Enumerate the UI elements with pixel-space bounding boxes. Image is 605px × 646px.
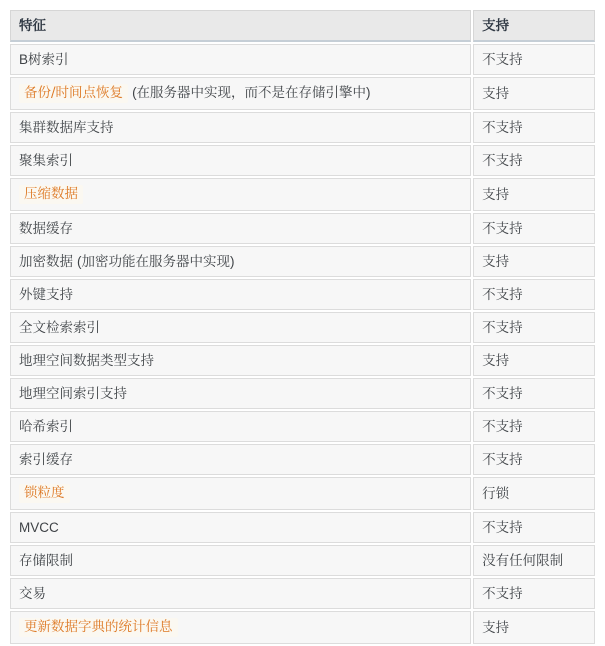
support-cell: 不支持	[473, 145, 595, 176]
feature-link[interactable]: 更新数据字典的统计信息	[19, 618, 178, 637]
docs-page: 特征 支持 B树索引 不支持 备份/时间点恢复(在服务器中实现，而不是在存储引擎…	[0, 0, 605, 646]
feature-cell: B树索引	[10, 44, 471, 75]
support-cell: 行锁	[473, 477, 595, 510]
table-row: 集群数据库支持 不支持	[10, 112, 595, 143]
table-row: 数据缓存 不支持	[10, 213, 595, 244]
feature-cell: 更新数据字典的统计信息	[10, 611, 471, 644]
feature-label: 索引缓存	[19, 451, 73, 468]
feature-label: 数据缓存	[19, 220, 73, 237]
support-cell: 没有任何限制	[473, 545, 595, 576]
feature-cell: 地理空间数据类型支持	[10, 345, 471, 376]
support-cell: 不支持	[473, 112, 595, 143]
feature-link[interactable]: 压缩数据	[19, 185, 83, 204]
feature-label: 地理空间索引支持	[19, 385, 127, 402]
support-cell: 支持	[473, 611, 595, 644]
feature-label: 加密数据	[19, 253, 73, 270]
table-row: 哈希索引 不支持	[10, 411, 595, 442]
table-row: 地理空间索引支持 不支持	[10, 378, 595, 409]
table-row: 交易 不支持	[10, 578, 595, 609]
feature-cell: 锁粒度	[10, 477, 471, 510]
table-row: 锁粒度 行锁	[10, 477, 595, 510]
support-cell: 支持	[473, 77, 595, 110]
feature-cell: 备份/时间点恢复(在服务器中实现，而不是在存储引擎中)	[10, 77, 471, 110]
table-row: 加密数据(加密功能在服务器中实现) 支持	[10, 246, 595, 277]
table-row: B树索引 不支持	[10, 44, 595, 75]
table-row: 索引缓存 不支持	[10, 444, 595, 475]
feature-note: (在服务器中实现，而不是在存储引擎中)	[132, 85, 371, 100]
table-row: 压缩数据 支持	[10, 178, 595, 211]
table-row: 聚集索引 不支持	[10, 145, 595, 176]
support-cell: 不支持	[473, 312, 595, 343]
storage-engine-feature-table: 特征 支持 B树索引 不支持 备份/时间点恢复(在服务器中实现，而不是在存储引擎…	[8, 8, 597, 646]
feature-cell: 地理空间索引支持	[10, 378, 471, 409]
feature-cell: 加密数据(加密功能在服务器中实现)	[10, 246, 471, 277]
support-cell: 不支持	[473, 213, 595, 244]
feature-cell: 数据缓存	[10, 213, 471, 244]
feature-label: MVCC	[19, 519, 59, 536]
table-row: 外键支持 不支持	[10, 279, 595, 310]
feature-cell: 哈希索引	[10, 411, 471, 442]
support-cell: 不支持	[473, 279, 595, 310]
support-cell: 不支持	[473, 411, 595, 442]
column-header-feature: 特征	[10, 10, 471, 42]
feature-cell: 集群数据库支持	[10, 112, 471, 143]
feature-label: 外键支持	[19, 286, 73, 303]
feature-cell: 交易	[10, 578, 471, 609]
feature-label: 哈希索引	[19, 418, 73, 435]
support-cell: 支持	[473, 178, 595, 211]
support-cell: 不支持	[473, 444, 595, 475]
feature-cell: 聚集索引	[10, 145, 471, 176]
table-row: 存储限制 没有任何限制	[10, 545, 595, 576]
feature-link[interactable]: 锁粒度	[19, 484, 70, 503]
feature-cell: 存储限制	[10, 545, 471, 576]
support-cell: 不支持	[473, 512, 595, 543]
table-row: 全文检索索引 不支持	[10, 312, 595, 343]
support-cell: 支持	[473, 246, 595, 277]
feature-label: 聚集索引	[19, 152, 73, 169]
table-row: 地理空间数据类型支持 支持	[10, 345, 595, 376]
table-row: 更新数据字典的统计信息 支持	[10, 611, 595, 644]
feature-cell: MVCC	[10, 512, 471, 543]
table-row: 备份/时间点恢复(在服务器中实现，而不是在存储引擎中) 支持	[10, 77, 595, 110]
feature-note: (加密功能在服务器中实现)	[77, 254, 235, 269]
feature-label: 全文检索索引	[19, 319, 100, 336]
feature-cell: 全文检索索引	[10, 312, 471, 343]
feature-cell: 索引缓存	[10, 444, 471, 475]
feature-label: 存储限制	[19, 552, 73, 569]
feature-label: B树索引	[19, 51, 69, 68]
feature-label: 地理空间数据类型支持	[19, 352, 154, 369]
support-cell: 不支持	[473, 578, 595, 609]
feature-cell: 压缩数据	[10, 178, 471, 211]
support-cell: 不支持	[473, 44, 595, 75]
column-header-support: 支持	[473, 10, 595, 42]
feature-label: 交易	[19, 585, 46, 602]
support-cell: 支持	[473, 345, 595, 376]
support-cell: 不支持	[473, 378, 595, 409]
feature-cell: 外键支持	[10, 279, 471, 310]
table-header-row: 特征 支持	[10, 10, 595, 42]
feature-label: 集群数据库支持	[19, 119, 114, 136]
feature-link[interactable]: 备份/时间点恢复	[19, 84, 128, 103]
table-row: MVCC 不支持	[10, 512, 595, 543]
